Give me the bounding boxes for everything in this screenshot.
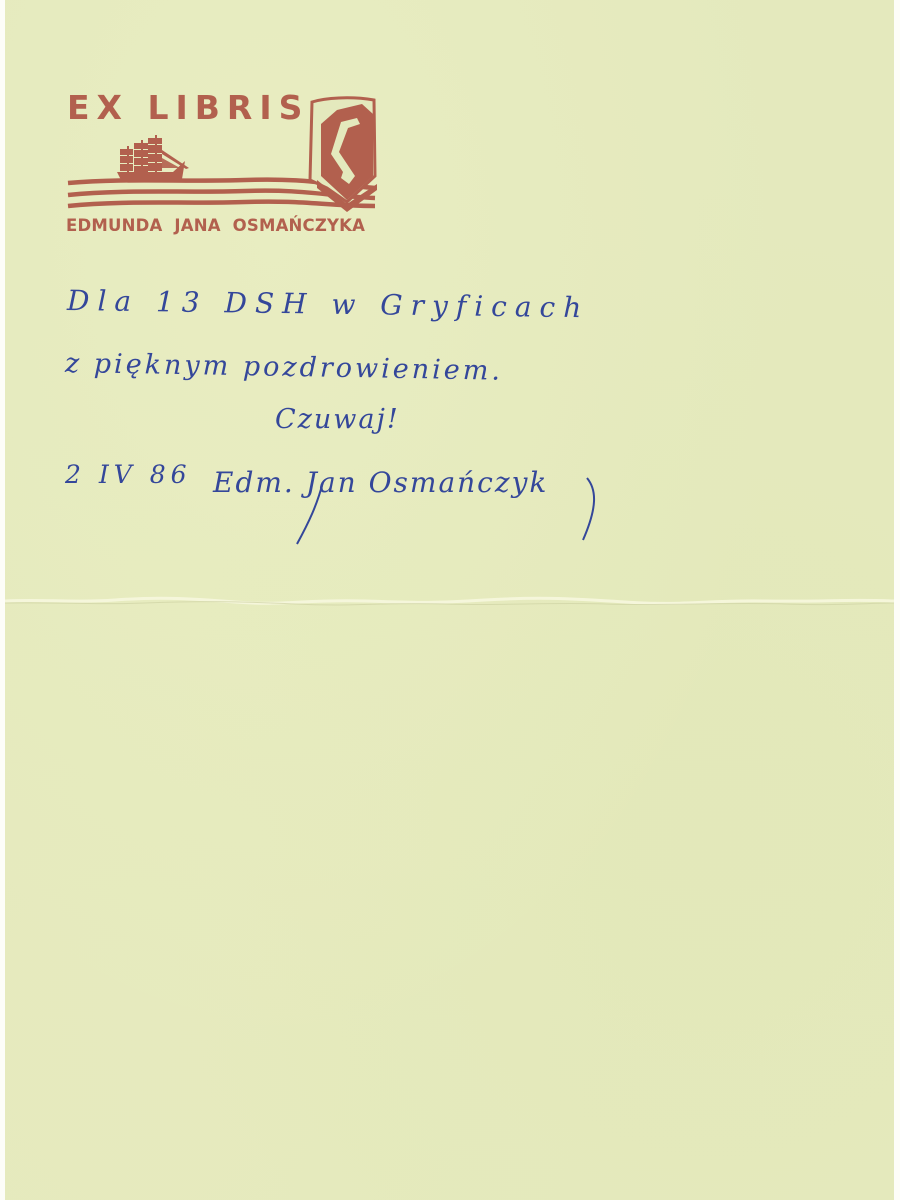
greeting-czuwaj: Czuwaj! <box>275 404 400 435</box>
handwritten-date: 2 IV 86 <box>65 460 192 489</box>
dedication-line-1: Dla 13 DSH w Gryficach <box>67 284 590 324</box>
exlibris-letterhead: EX LIBRIS EDMUNDA JANA OSMAŃCZYKA <box>65 88 385 240</box>
exlibris-owner-name: EDMUNDA JANA OSMAŃCZYKA <box>66 216 365 235</box>
dedication-line-2: z pięknym pozdrowieniem. <box>65 348 504 387</box>
signature-flourish <box>205 460 625 560</box>
paper-sheet: EX LIBRIS EDMUNDA JANA OSMAŃCZYKA Dla 13… <box>5 0 894 1200</box>
exlibris-title: EX LIBRIS <box>67 88 309 127</box>
sailing-ship-icon <box>117 135 189 180</box>
fold-crease <box>5 594 894 608</box>
